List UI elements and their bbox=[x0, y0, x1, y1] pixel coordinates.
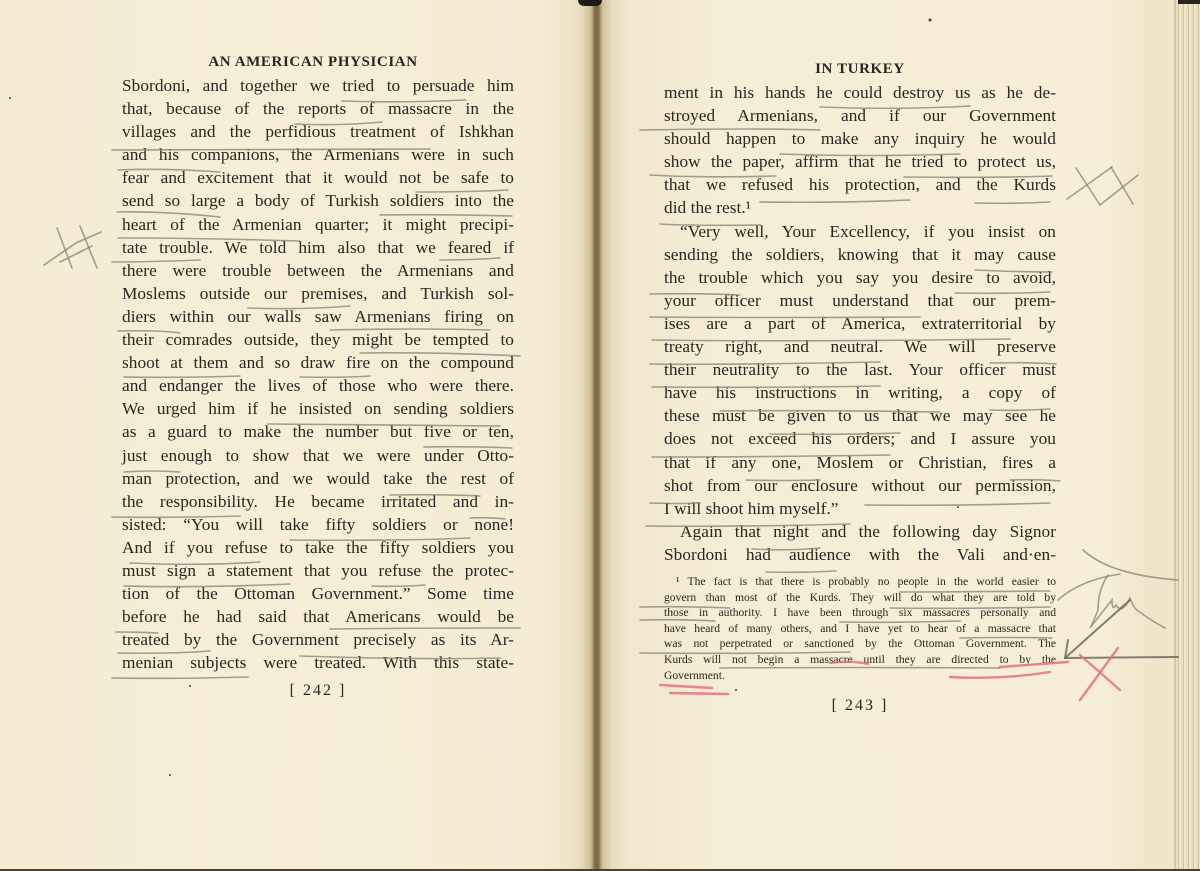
text-line: there were trouble between the Armenians… bbox=[122, 259, 514, 282]
text-line: the trouble which you say you desire to … bbox=[664, 266, 1056, 289]
text-line: villages and the perfidious treatment of… bbox=[122, 120, 514, 143]
text-line: Moslems outside our premises, and Turkis… bbox=[122, 282, 514, 305]
text-line: I will shoot him myself.” bbox=[664, 497, 1056, 520]
text-line: menian subjects were treated. With this … bbox=[122, 651, 514, 674]
footnote: ¹ The fact is that there is probably no … bbox=[664, 574, 1056, 683]
left-page: AN AMERICAN PHYSICIAN Sbordoni, and toge… bbox=[122, 50, 514, 700]
text-line: that we refused his protection, and the … bbox=[664, 173, 1056, 196]
text-line: And if you refuse to take the fifty sold… bbox=[122, 536, 514, 559]
page-number-left: [ 242 ] bbox=[122, 682, 514, 700]
text-line: treaty right, and neutral. We will prese… bbox=[664, 335, 1056, 358]
text-line: does not exceed his orders; and I assure… bbox=[664, 427, 1056, 450]
text-line: show the paper, affirm that he tried to … bbox=[664, 150, 1056, 173]
text-line: and his companions, the Armenians were i… bbox=[122, 143, 514, 166]
text-line: did the rest.¹ bbox=[664, 196, 1056, 219]
text-line: tate trouble. We told him also that we f… bbox=[122, 236, 514, 259]
text-line: that if any one, Moslem or Christian, fi… bbox=[664, 451, 1056, 474]
text-line: as a guard to make the number but five o… bbox=[122, 420, 514, 443]
text-line: have his instructions in writing, a copy… bbox=[664, 381, 1056, 404]
pencil-signature bbox=[1058, 550, 1178, 658]
page-edges bbox=[1176, 0, 1200, 871]
text-line: your officer must understand that our pr… bbox=[664, 289, 1056, 312]
text-line: heart of the Armenian quarter; it might … bbox=[122, 213, 514, 236]
text-line: shot from our enclosure without our perm… bbox=[664, 474, 1056, 497]
footnote-line: Kurds will not begin a massacre until th… bbox=[664, 652, 1056, 668]
footnote-line: those in authority. I have been through … bbox=[664, 605, 1056, 621]
text-line: these must be given to us that we may se… bbox=[664, 404, 1056, 427]
text-line: must sign a statement that you refuse th… bbox=[122, 559, 514, 582]
right-page-body: ment in his hands he could destroy us as… bbox=[664, 81, 1056, 566]
running-head-right: IN TURKEY bbox=[664, 57, 1056, 81]
footnote-line: Government. bbox=[664, 668, 1056, 684]
pencil-xx-mark-right bbox=[1067, 167, 1138, 205]
text-line: sending the soldiers, knowing that it ma… bbox=[664, 243, 1056, 266]
text-line: man protection, and we would take the re… bbox=[122, 467, 514, 490]
footnote-line: was not perpetrated or sanctioned by the… bbox=[664, 636, 1056, 652]
text-line: their neutrality to the last. Your offic… bbox=[664, 358, 1056, 381]
text-line: treated by the Government precisely as i… bbox=[122, 628, 514, 651]
text-line: shoot at them and so draw fire on the co… bbox=[122, 351, 514, 374]
text-line: ises are a part of America, extraterrito… bbox=[664, 312, 1056, 335]
footnote-line: ¹ The fact is that there is probably no … bbox=[664, 574, 1056, 590]
book-gutter bbox=[568, 0, 628, 871]
text-line: stroyed Armenians, and if our Government bbox=[664, 104, 1056, 127]
text-line: Sbordoni had audience with the Vali and·… bbox=[664, 543, 1056, 566]
left-page-body: Sbordoni, and together we tried to persu… bbox=[122, 74, 514, 674]
corner-shadow bbox=[1178, 0, 1200, 4]
text-line: send so large a body of Turkish soldiers… bbox=[122, 189, 514, 212]
text-line: “Very well, Your Excellency, if you insi… bbox=[664, 220, 1056, 243]
text-line: should happen to make any inquiry he wou… bbox=[664, 127, 1056, 150]
pencil-xx-mark-left bbox=[44, 226, 101, 268]
footnote-line: have heard of many others, and I have ye… bbox=[664, 621, 1056, 637]
binding-top bbox=[578, 0, 602, 6]
text-line: fear and excitement that it would not be… bbox=[122, 166, 514, 189]
text-line: tion of the Ottoman Government.” Some ti… bbox=[122, 582, 514, 605]
text-line: before he had said that Americans would … bbox=[122, 605, 514, 628]
text-line: diers within our walls saw Armenians fir… bbox=[122, 305, 514, 328]
page-number-right: [ 243 ] bbox=[664, 697, 1056, 715]
book-spread: AN AMERICAN PHYSICIAN Sbordoni, and toge… bbox=[0, 0, 1200, 871]
running-head-left: AN AMERICAN PHYSICIAN bbox=[112, 50, 514, 74]
red-x-mark bbox=[1080, 648, 1120, 700]
right-page: IN TURKEY ment in his hands he could des… bbox=[664, 57, 1056, 715]
text-line: the responsibility. He became irritated … bbox=[122, 490, 514, 513]
footnote-line: govern than most of the Kurds. They will… bbox=[664, 590, 1056, 606]
text-line: just enough to show that we were under O… bbox=[122, 444, 514, 467]
text-line: ment in his hands he could destroy us as… bbox=[664, 81, 1056, 104]
text-line: We urged him if he insisted on sending s… bbox=[122, 397, 514, 420]
text-line: Sbordoni, and together we tried to persu… bbox=[122, 74, 514, 97]
text-line: that, because of the reports of massacre… bbox=[122, 97, 514, 120]
text-line: sisted: “You will take fifty soldiers or… bbox=[122, 513, 514, 536]
text-line: their comrades outside, they might be te… bbox=[122, 328, 514, 351]
text-line: Again that night and the following day S… bbox=[664, 520, 1056, 543]
text-line: and endanger the lives of those who were… bbox=[122, 374, 514, 397]
